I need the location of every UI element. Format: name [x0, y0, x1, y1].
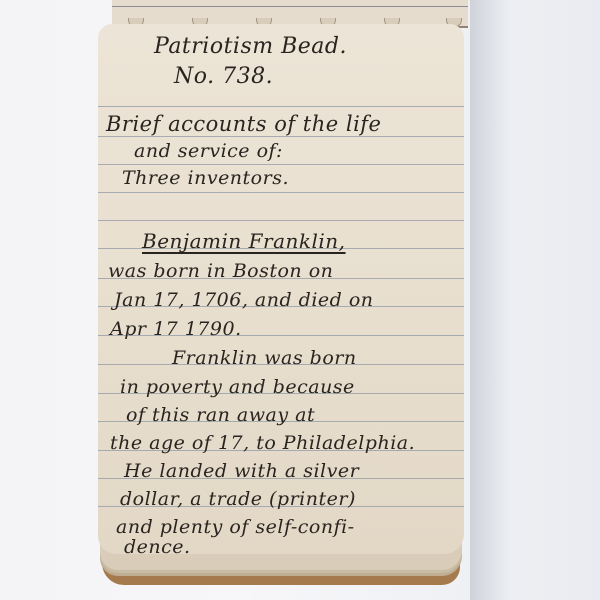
rule-line: [98, 164, 464, 165]
heading-title: Patriotism Bead.: [154, 34, 347, 59]
notebook-page: Patriotism Bead. No. 738. Brief accounts…: [98, 24, 464, 554]
cast-shadow: [470, 0, 510, 600]
handwritten-line: and service of:: [134, 140, 283, 162]
handwritten-line: Three inventors.: [122, 167, 289, 189]
handwritten-line: Franklin was born: [172, 347, 357, 369]
handwritten-line: the age of 17, to Philadelphia.: [110, 432, 415, 454]
handwritten-line: and plenty of self-confi-: [116, 516, 355, 538]
handwritten-line: was born in Boston on: [108, 260, 333, 282]
rule-line: [98, 106, 464, 107]
handwritten-line: in poverty and because: [120, 376, 355, 398]
rule-line: [112, 6, 468, 7]
handwritten-line: Apr 17 1790.: [110, 318, 242, 340]
handwritten-line: He landed with a silver: [124, 460, 359, 482]
rule-line: [98, 192, 464, 193]
heading-number: No. 738.: [174, 64, 273, 89]
subject-name: Benjamin Franklin,: [142, 229, 346, 253]
rule-line: [98, 220, 464, 221]
handwritten-line: of this ran away at: [126, 404, 315, 426]
handwritten-line: dollar, a trade (printer): [120, 488, 356, 510]
handwritten-line: Jan 17, 1706, and died on: [114, 289, 374, 311]
handwritten-line: Brief accounts of the life: [106, 112, 381, 136]
rule-line: [98, 136, 464, 137]
handwritten-line: dence.: [124, 536, 191, 554]
